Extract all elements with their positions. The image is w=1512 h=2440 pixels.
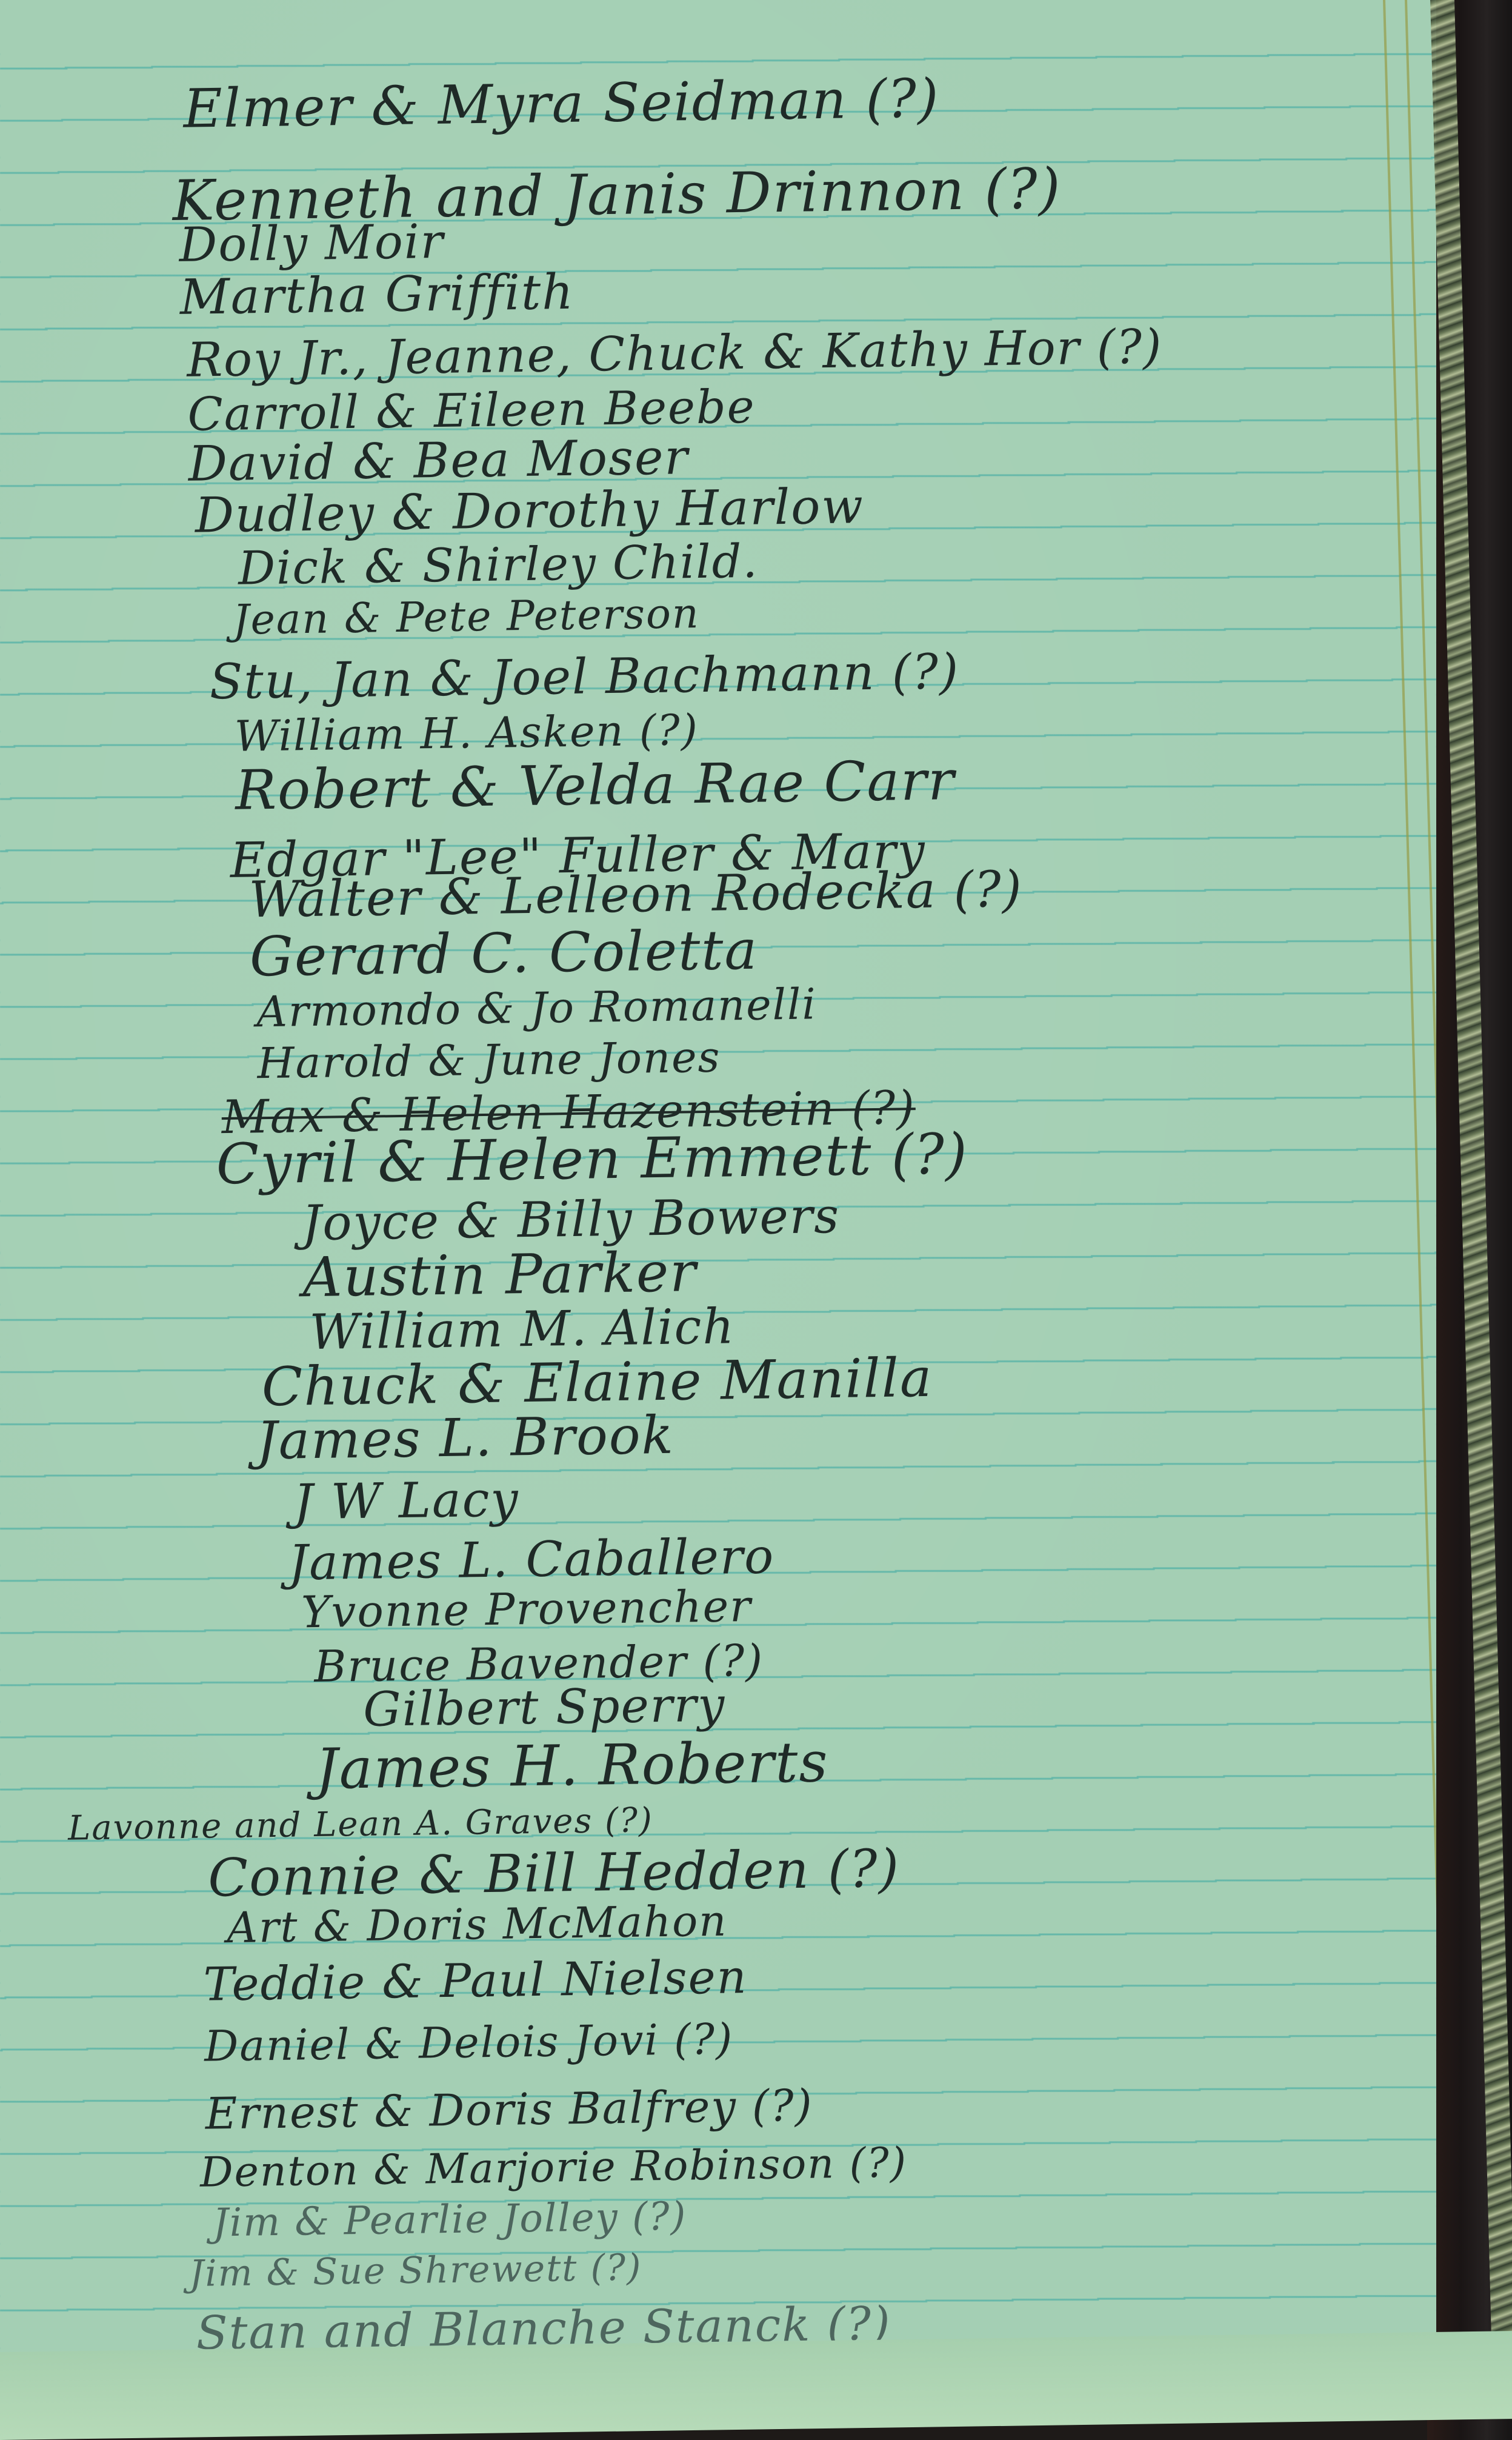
signature-entry: Jim & Pearlie Jolley (?) <box>213 2198 687 2243</box>
signature-entry: Joyce & Billy Bowers <box>302 1192 841 1248</box>
signature-entry: Jim & Sue Shrewett (?) <box>189 2250 642 2292</box>
signature-entry: Lavonne and Lean A. Graves (?) <box>68 1803 653 1845</box>
signature-entry: Ernest & Doris Balfrey (?) <box>205 2084 813 2136</box>
ruled-page: Elmer & Myra Seidman (?)Kenneth and Jani… <box>0 0 1436 2364</box>
register-page-photo: Elmer & Myra Seidman (?)Kenneth and Jani… <box>0 0 1512 2440</box>
signature-entry: Walter & Lelleon Rodecka (?) <box>248 865 1023 926</box>
signature-entry: Elmer & Myra Seidman (?) <box>183 72 940 135</box>
signature-entry: Austin Parker <box>302 1245 698 1305</box>
signature-list: Elmer & Myra Seidman (?)Kenneth and Jani… <box>0 0 1469 2364</box>
signature-entry: James L. Caballero <box>288 1532 774 1587</box>
signature-entry: Dudley & Dorothy Harlow <box>195 482 864 540</box>
signature-entry: Chuck & Elaine Manilla <box>261 1351 933 1414</box>
signature-entry: James H. Roberts <box>315 1734 829 1797</box>
signature-entry: Martha Griffith <box>179 268 574 322</box>
signature-entry: Gerard C. Coletta <box>249 923 758 985</box>
signature-entry: Yvonne Provencher <box>301 1584 752 1634</box>
signature-entry: Connie & Bill Hedden (?) <box>208 1843 901 1905</box>
signature-entry: Jean & Pete Peterson <box>233 593 700 641</box>
signature-entry: Stu, Jan & Joel Bachmann (?) <box>209 647 959 706</box>
signature-entry: Dick & Shirley Child. <box>238 538 759 592</box>
signature-entry: James L. Brook <box>256 1409 675 1468</box>
signature-entry: Teddie & Paul Nielsen <box>203 1954 748 2008</box>
signature-entry: Roy Jr., Jeanne, Chuck & Kathy Hor (?) <box>187 323 1163 384</box>
signature-entry: David & Bea Moser <box>188 433 689 489</box>
signature-entry: Harold & June Jones <box>257 1036 721 1085</box>
signature-entry: Gilbert Sperry <box>363 1682 726 1734</box>
signature-entry: Art & Doris McMahon <box>227 1900 728 1950</box>
signature-entry: Cyril & Helen Emmett (?) <box>216 1126 968 1192</box>
signature-entry: Armondo & Jo Romanelli <box>256 983 817 1033</box>
signature-entry: Dolly Moir <box>179 218 444 269</box>
signature-entry: Denton & Marjorie Robinson (?) <box>200 2142 908 2193</box>
signature-entry: William H. Asken (?) <box>235 709 699 758</box>
signature-entry: Robert & Velda Rae Carr <box>235 754 956 818</box>
signature-entry: William M. Alich <box>309 1302 735 1357</box>
signature-entry: Daniel & Delois Jovi (?) <box>204 2017 734 2067</box>
signature-entry: J W Lacy <box>293 1475 519 1526</box>
